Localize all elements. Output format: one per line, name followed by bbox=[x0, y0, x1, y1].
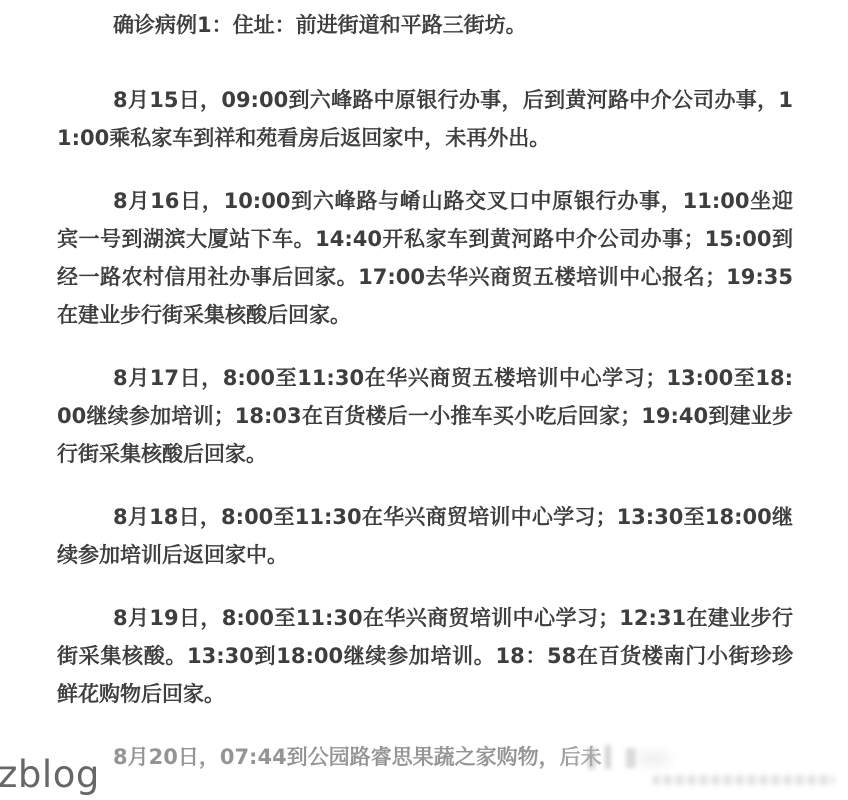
blurred-text-artifact bbox=[640, 752, 670, 766]
activity-paragraph-aug15: 8月15日，09:00到六峰路中原银行办事，后到黄河路中介公司办事，11:00乘… bbox=[57, 81, 793, 157]
case-title: 确诊病例1：住址：前进街道和平路三街坊。 bbox=[57, 6, 793, 44]
activity-paragraph-aug16: 8月16日，10:00到六峰路与崤山路交叉口中原银行办事，11:00坐迎宾一号到… bbox=[57, 182, 793, 334]
blurred-watermark-artifact bbox=[652, 775, 835, 785]
activity-paragraph-aug18: 8月18日，8:00至11:30在华兴商贸培训中心学习；13:30至18:00继… bbox=[57, 498, 793, 574]
blurred-text-artifact bbox=[605, 745, 611, 769]
activity-paragraph-aug17: 8月17日，8:00至11:30在华兴商贸五楼培训中心学习；13:00至18:0… bbox=[57, 359, 793, 473]
watermark: zblog bbox=[0, 753, 100, 797]
blurred-text-artifact bbox=[626, 748, 636, 768]
activity-paragraph-aug19: 8月19日，8:00至11:30在华兴商贸培训中心学习；12:31在建业步行街采… bbox=[57, 599, 793, 713]
blurred-text-artifact bbox=[588, 747, 595, 769]
case-report-document: 确诊病例1：住址：前进街道和平路三街坊。 8月15日，09:00到六峰路中原银行… bbox=[57, 6, 793, 776]
activity-paragraph-aug20-partial: 8月20日，07:44到公园路睿思果蔬之家购物，后未 bbox=[57, 738, 793, 776]
